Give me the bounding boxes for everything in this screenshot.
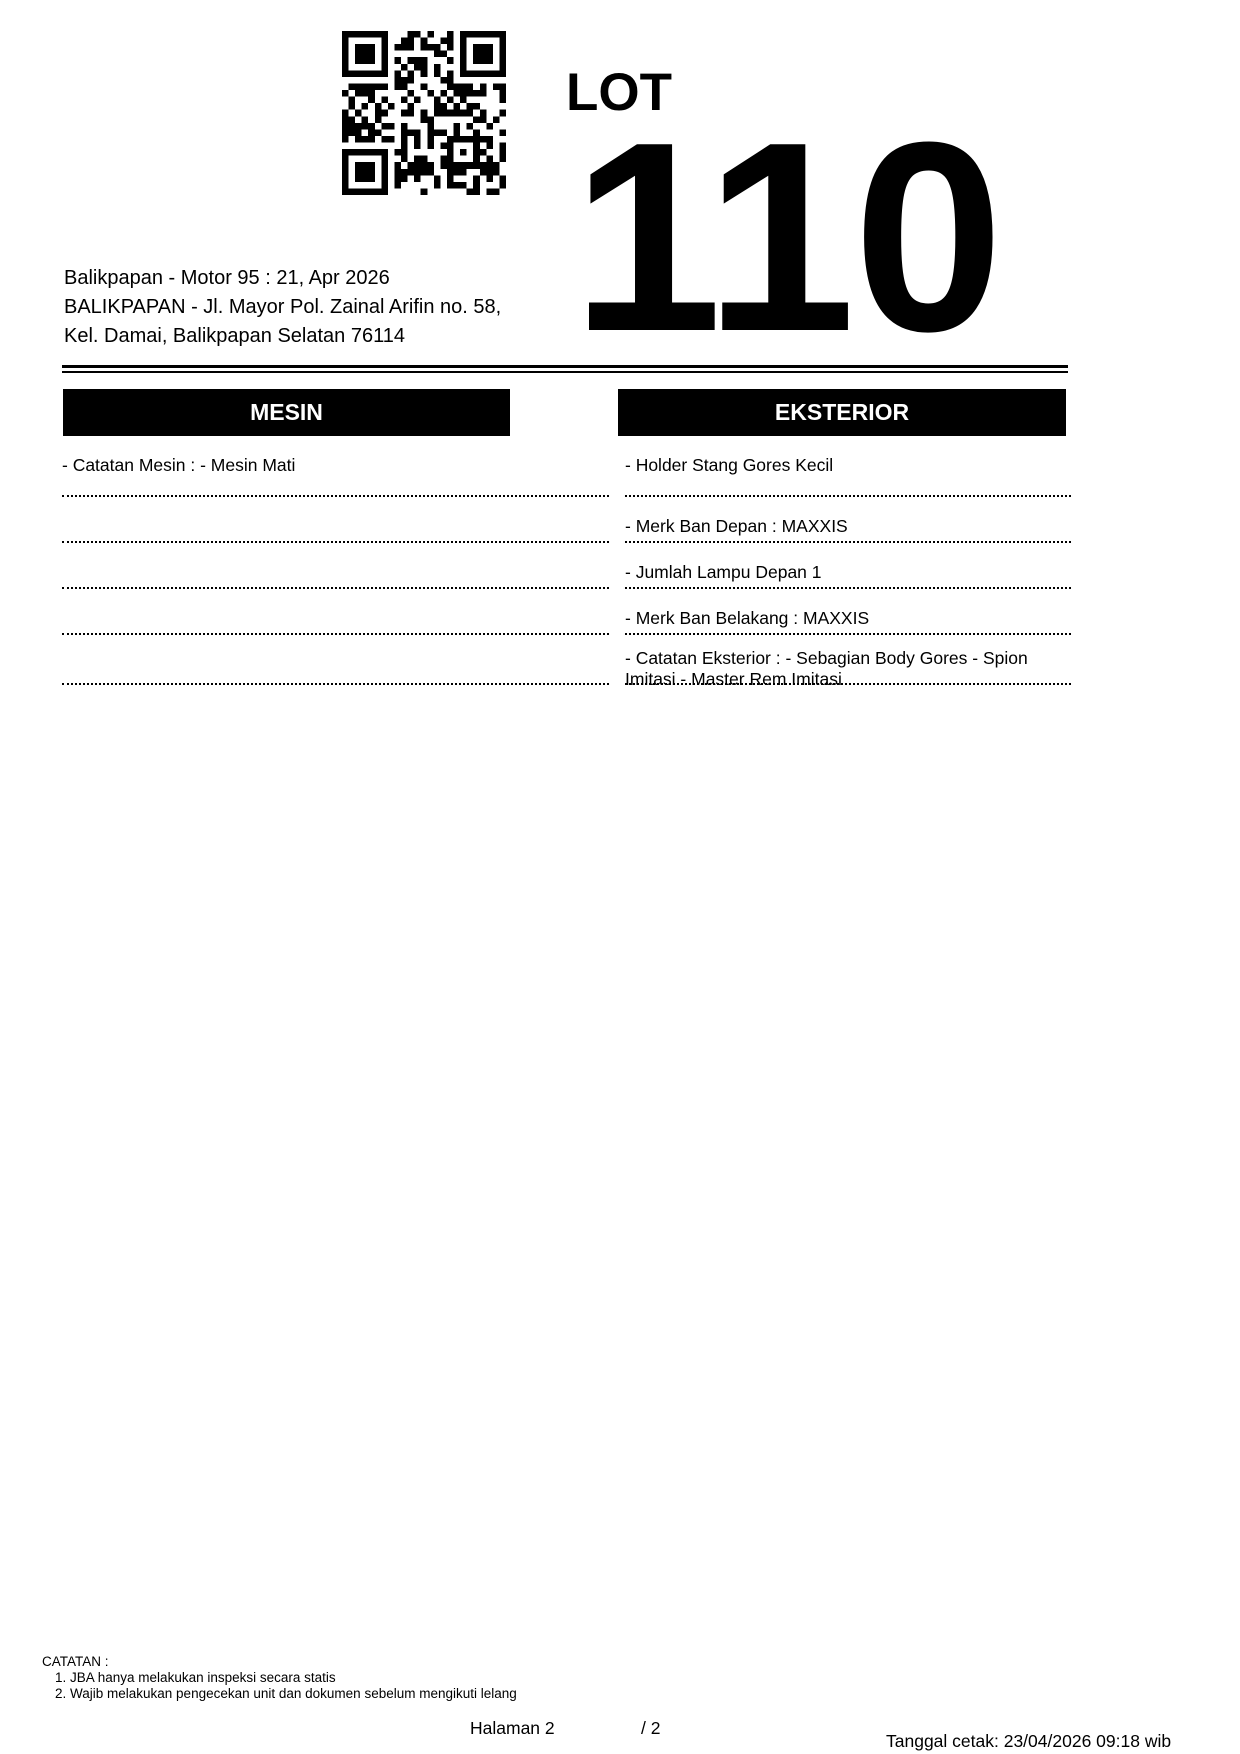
list-item: - Jumlah Lampu Depan 1 (625, 543, 1071, 589)
list-item-text: - Merk Ban Belakang : MAXXIS (625, 608, 869, 629)
list-item-text: - Jumlah Lampu Depan 1 (625, 562, 822, 583)
address-line-1: BALIKPAPAN - Jl. Mayor Pol. Zainal Arifi… (64, 297, 501, 317)
mesin-list: - Catatan Mesin : - Mesin Mati (62, 436, 617, 685)
list-item: - Holder Stang Gores Kecil (625, 436, 1071, 497)
list-item-text: - Merk Ban Depan : MAXXIS (625, 516, 848, 537)
note-item: 1. JBA hanya melakukan inspeksi secara s… (42, 1670, 517, 1686)
header-divider-thick (62, 365, 1068, 368)
qr-code-icon (342, 31, 506, 195)
list-item (62, 543, 609, 589)
list-item (62, 635, 609, 685)
notes-block: CATATAN : 1. JBA hanya melakukan inspeks… (42, 1654, 517, 1702)
print-date: Tanggal cetak: 23/04/2026 09:18 wib (886, 1731, 1171, 1752)
list-item (62, 589, 609, 635)
section-header-eksterior: EKSTERIOR (618, 389, 1066, 436)
auction-event-line: Balikpapan - Motor 95 : 21, Apr 2026 (64, 268, 390, 288)
list-item: - Merk Ban Belakang : MAXXIS (625, 589, 1071, 635)
lot-number: 110 (572, 103, 1002, 373)
section-header-mesin: MESIN (63, 389, 510, 436)
notes-title: CATATAN : (42, 1654, 517, 1670)
list-item: - Catatan Mesin : - Mesin Mati (62, 436, 609, 497)
address-line-2: Kel. Damai, Balikpapan Selatan 76114 (64, 326, 405, 346)
list-item: - Merk Ban Depan : MAXXIS (625, 497, 1071, 543)
list-item-text: - Catatan Eksterior : - Sebagian Body Go… (625, 648, 1065, 690)
list-item-text: - Catatan Mesin : - Mesin Mati (62, 455, 295, 476)
page-number: Halaman 2 (470, 1718, 555, 1739)
list-item: - Catatan Eksterior : - Sebagian Body Go… (625, 635, 1071, 685)
header-divider-thin (62, 371, 1068, 373)
eksterior-list: - Holder Stang Gores Kecil - Merk Ban De… (625, 436, 1071, 685)
page-total: / 2 (641, 1718, 660, 1739)
list-item (62, 497, 609, 543)
list-item-text: - Holder Stang Gores Kecil (625, 455, 833, 476)
note-item: 2. Wajib melakukan pengecekan unit dan d… (42, 1686, 517, 1702)
